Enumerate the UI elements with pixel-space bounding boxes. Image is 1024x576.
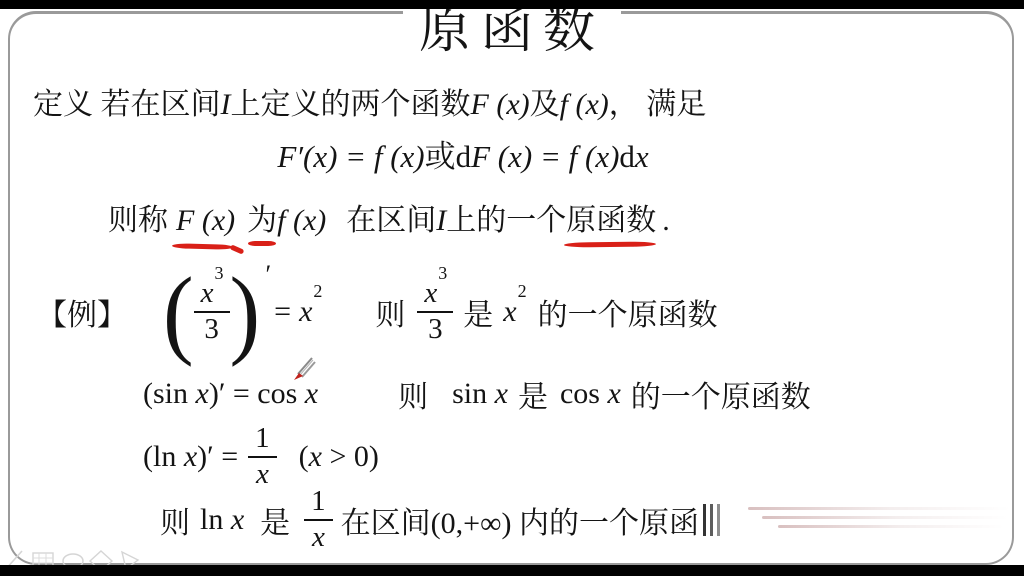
then-text: 则 <box>160 498 190 542</box>
sin-x: sin x <box>452 377 508 411</box>
equals-sign: = <box>274 295 291 329</box>
math-F-of-x: F (x) <box>471 88 530 121</box>
differential-d: d <box>619 139 635 174</box>
formula-line: F′(x) = f (x)或dF (x) = f (x)dx <box>0 139 926 175</box>
example-row-4: 则 ln x 是 1 x 在区间(0,+∞) 内的一个 原函 <box>160 494 724 546</box>
red-underline <box>248 241 276 246</box>
definition-line: 定义 若在区间I上定义的两个函数F (x)及f (x)， 满足 <box>33 88 706 123</box>
interval-symbol: I <box>221 88 231 121</box>
claim-text: 在区间 <box>346 204 436 237</box>
fraction-numerator: 1 <box>248 424 277 456</box>
example-label: 【例】 <box>37 290 127 334</box>
page-title-text: 原函数 <box>403 2 621 59</box>
fraction-x3-over-3: x3 3 <box>194 279 230 344</box>
underlined-F-of-x: F (x) <box>176 204 235 239</box>
glitch-bars <box>703 503 724 537</box>
glitch-streak <box>778 525 1004 528</box>
bottom-letterbox-bar <box>0 565 1024 576</box>
definition-text: 定义 若在区间 <box>33 88 221 121</box>
formula-or: 或 <box>425 139 456 174</box>
claim-line: 则称F (x)为f (x)在区间I上的一个原函数. <box>108 204 670 239</box>
then-text: 则 <box>375 290 405 334</box>
math-F-of-x: F (x) <box>176 204 235 237</box>
then-text: 则 <box>398 372 428 416</box>
fraction-numerator: x3 <box>194 279 230 311</box>
term-antiderivative-partial: 原函 <box>639 498 699 542</box>
condition-x-positive: (x > 0) <box>299 440 379 474</box>
glitch-streak <box>762 516 1008 519</box>
fraction-1-over-x: 1 x <box>304 487 333 552</box>
formula-rhs: F (x) = f (x) <box>471 139 619 174</box>
top-letterbox-bar <box>0 0 1024 9</box>
fraction-numerator: x3 <box>417 279 453 311</box>
underlined-term: 原函数 <box>566 204 656 239</box>
is-text: 是 <box>518 372 548 416</box>
fraction-denominator: 3 <box>194 311 230 345</box>
definition-text: ， 满足 <box>609 88 707 121</box>
tail-text: 在区间(0,+∞) 内的一个 <box>341 498 639 542</box>
fraction-1-over-x: 1 x <box>248 424 277 489</box>
interval-symbol: I <box>436 204 446 237</box>
red-underline <box>564 241 656 247</box>
fraction-x3-over-3: x3 3 <box>417 279 453 344</box>
glitch-bar <box>703 504 706 536</box>
definition-text: 及 <box>530 88 560 121</box>
example-row-1: 【例】 ( x3 3 ) ′ = x2 则 x3 3 是 x2 的一个原函数 <box>37 264 718 360</box>
differential-d: d <box>456 139 472 174</box>
fraction-numerator: 1 <box>304 487 333 519</box>
tail-text: 的一个原函数 <box>538 290 718 334</box>
prime-mark: ′ <box>265 260 271 290</box>
math-f-of-x: f (x) <box>560 88 609 121</box>
formula-dx: x <box>635 139 649 174</box>
cos-x: cos x <box>560 377 621 411</box>
definition-text: 上定义的两个函数 <box>231 88 471 121</box>
is-text: 是 <box>463 290 493 334</box>
term-antiderivative: 原函数 <box>566 204 656 237</box>
glitch-bar <box>710 504 713 536</box>
formula-lhs: F′(x) = f (x) <box>277 139 424 174</box>
claim-text: 上的一个 <box>446 204 566 237</box>
glitch-streak <box>748 507 1010 510</box>
fraction-denominator: x <box>304 519 333 553</box>
x-squared: x2 <box>299 295 321 329</box>
right-paren: ) <box>230 267 261 358</box>
ln-x: ln x <box>200 503 244 537</box>
derivative-of-fraction: ( x3 3 ) ′ <box>163 270 260 354</box>
page-title: 原函数 <box>0 2 1024 59</box>
claim-period: . <box>662 204 670 237</box>
glitch-bar <box>717 504 720 536</box>
lecture-slide: 原函数 定义 若在区间I上定义的两个函数F (x)及f (x)， 满足 F′(x… <box>0 0 1024 576</box>
ln-derivative: (ln x)′ = <box>143 440 238 474</box>
fraction-denominator: x <box>248 456 277 490</box>
left-paren: ( <box>163 267 194 358</box>
x-squared: x2 <box>503 295 525 329</box>
math-f-of-x: f (x) <box>277 204 326 237</box>
claim-text: 为 <box>247 204 277 237</box>
underlined-wei: 为 <box>247 204 277 239</box>
pen-cursor-icon <box>289 353 317 383</box>
fraction-denominator: 3 <box>417 311 453 345</box>
claim-text: 则称 <box>108 204 168 237</box>
is-text: 是 <box>260 498 290 542</box>
tail-text: 的一个原函数 <box>631 372 811 416</box>
example-row-3: (ln x)′ = 1 x (x > 0) <box>143 427 379 487</box>
example-row-2: (sin x)′ = cos x 则 sin x 是 cos x 的一个原函数 <box>143 372 811 416</box>
